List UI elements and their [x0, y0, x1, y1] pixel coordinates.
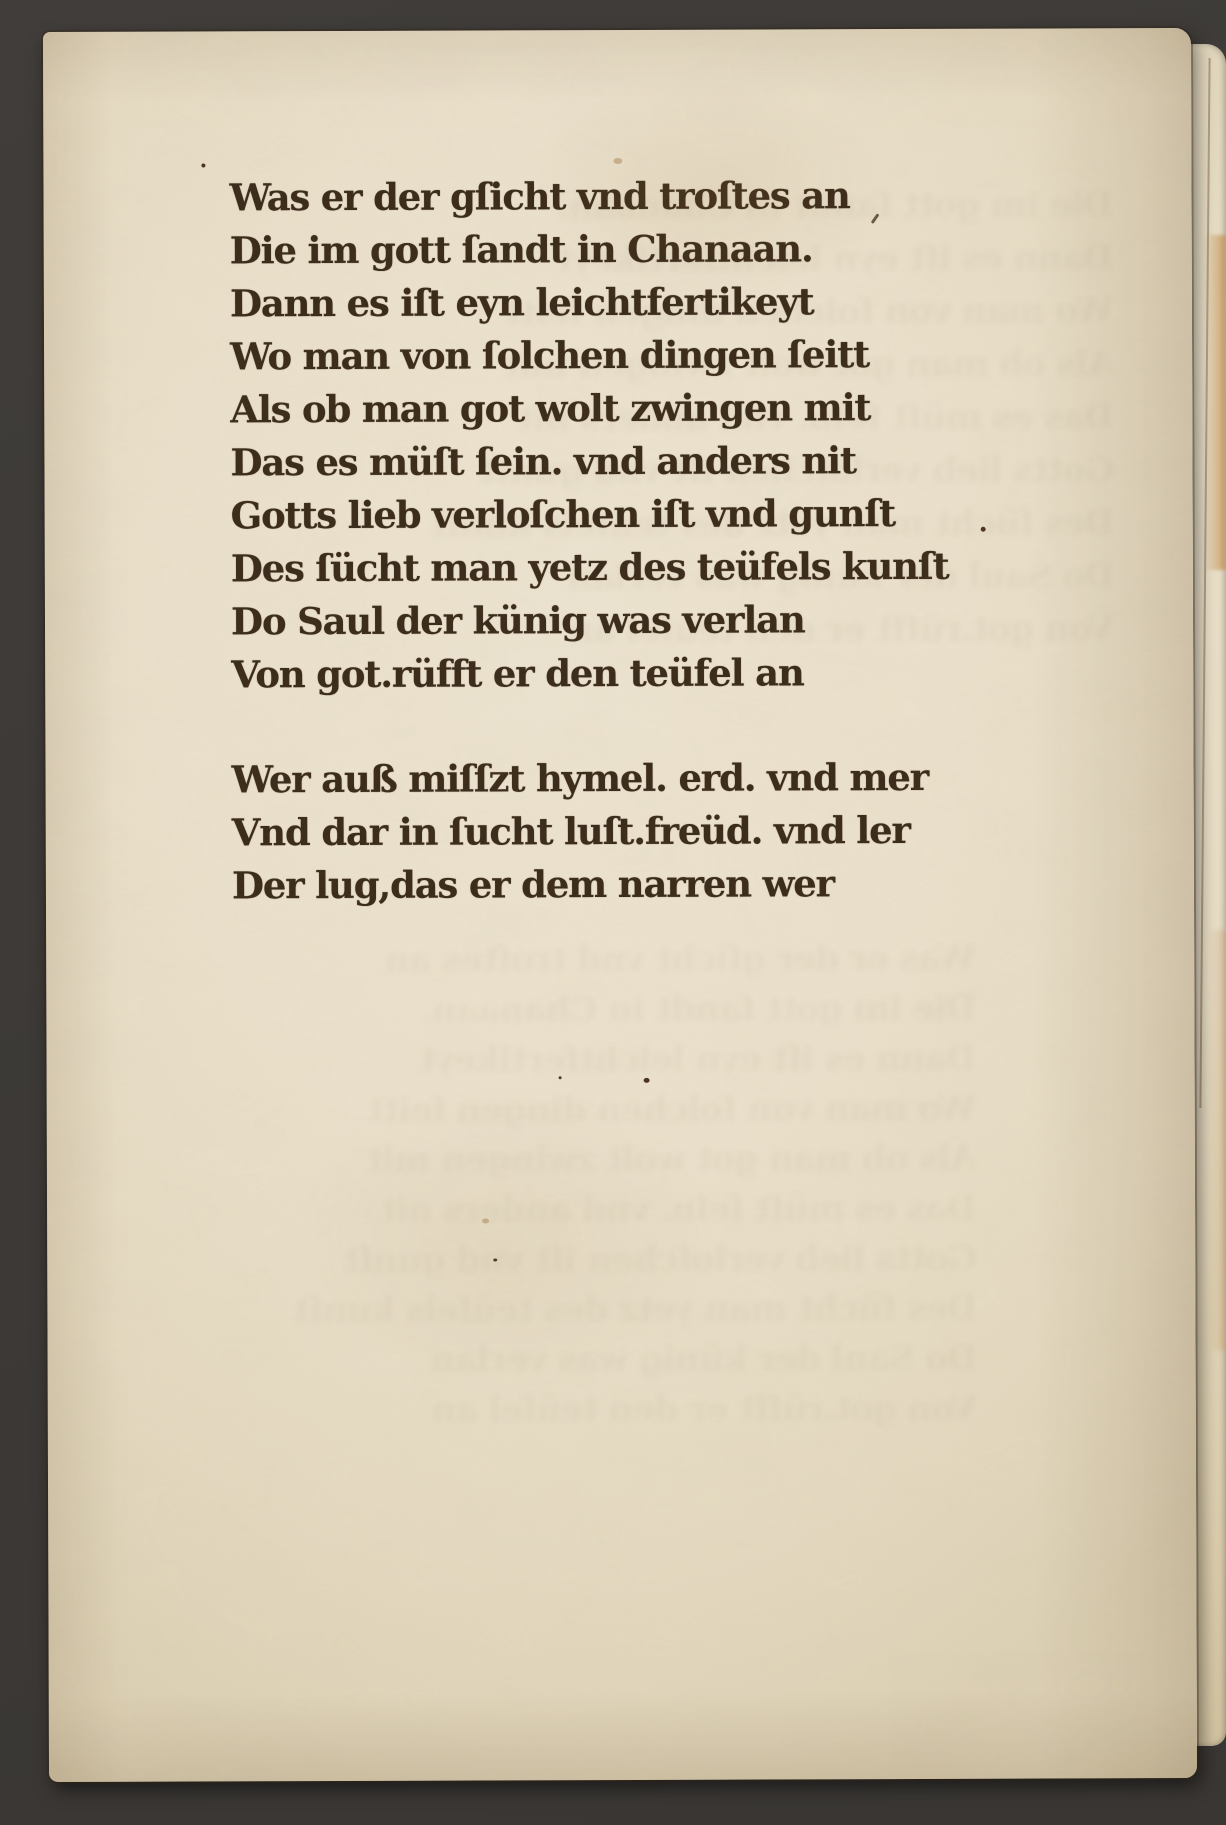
poem-line: Wer auß miſſzt hymel. erd. vnd mer	[231, 751, 931, 806]
poem-line: Von got.rüfft er den teüfel an	[231, 646, 931, 701]
poem-line: Als ob man got wolt zwingen mit	[230, 381, 930, 436]
poem-line: Der lug,das er dem narren wer	[232, 857, 932, 912]
ink-speck	[981, 527, 986, 532]
ink-speck	[559, 1076, 562, 1079]
poem-text: Was er der gſicht vnd troſtes an Die im …	[229, 169, 932, 912]
ink-speck	[644, 1078, 650, 1083]
poem-line: Des ſücht man yetz des teüfels kunſt	[231, 540, 931, 595]
page-edge-tan-stain	[1205, 235, 1226, 570]
stanza-1: Was er der gſicht vnd troſtes an Die im …	[229, 169, 931, 701]
poem-line: Vnd dar in ſucht luſt.freüd. vnd ler	[232, 804, 932, 859]
poem-line: Das es müſt ſein. vnd anders nit	[230, 434, 930, 489]
poem-line: Do Saul der künig was verlan	[231, 593, 931, 648]
poem-line: Die im gott ſandt in Chanaan.	[230, 222, 930, 277]
poem-line: Gotts lieb verloſchen iſt vnd gunſt	[231, 487, 931, 542]
ink-speck	[201, 163, 205, 167]
poem-line: Wo man von ſolchen dingen ſeitt	[230, 328, 930, 383]
ink-speck	[493, 1258, 497, 1261]
paper-fleck	[482, 1218, 489, 1223]
poem-line: Was er der gſicht vnd troſtes an	[229, 169, 929, 224]
scanned-book-spread: Die im gott ſandt in Chanaan. Dann es iſ…	[0, 0, 1226, 1825]
paper-fleck	[613, 158, 622, 164]
showthrough-text: Was er der gſicht vnd troſtes an Die im …	[256, 934, 978, 1437]
stanza-2: Wer auß miſſzt hymel. erd. vnd mer Vnd d…	[231, 751, 932, 912]
book-page: Die im gott ſandt in Chanaan. Dann es iſ…	[43, 28, 1197, 1782]
poem-line: Dann es iſt eyn leichtfertikeyt	[230, 275, 930, 330]
page-edge-tan-stain	[1209, 930, 1226, 1350]
